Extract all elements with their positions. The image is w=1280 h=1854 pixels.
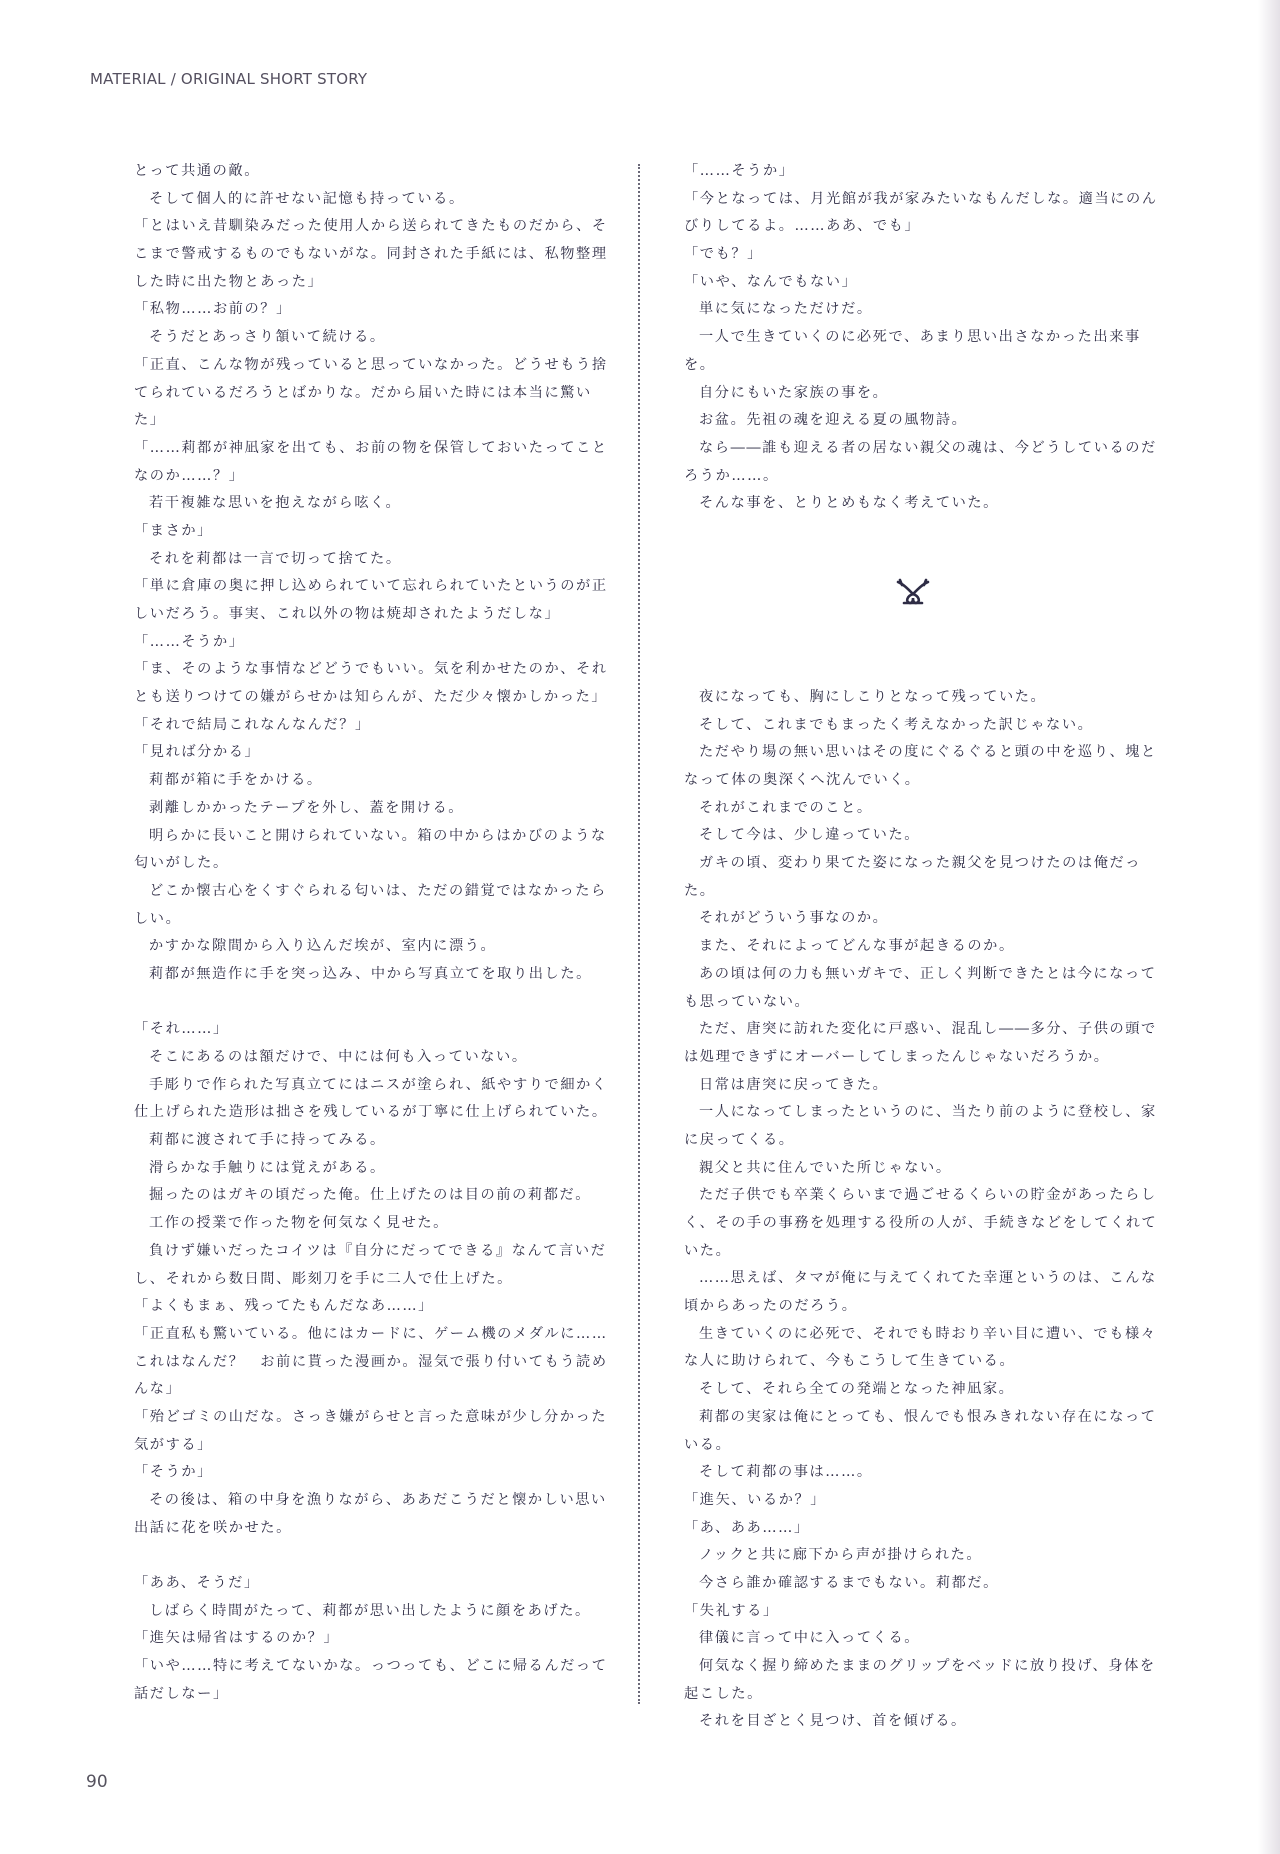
dialogue-line: 「失礼する」 xyxy=(684,1598,1156,1626)
dialogue-line: 「進矢、いるか？」 xyxy=(684,1487,1156,1515)
text-line: ……思えば、タマが俺に与えてくれてた幸運というのは、こんな xyxy=(684,1265,1156,1293)
text-line: し、それから数日間、彫刻刀を手に二人で仕上げた。 xyxy=(134,1266,606,1294)
text-line: も思っていない。 xyxy=(684,989,1156,1017)
dialogue-line: 「単に倉庫の奥に押し込められていて忘れられていたというのが正 xyxy=(134,573,606,601)
text-line: そして、これまでもまったく考えなかった訳じゃない。 xyxy=(684,712,1156,740)
dialogue-line: 「とはいえ昔馴染みだった使用人から送られてきたものだから、そ xyxy=(134,213,606,241)
dialogue-line: 「でも？」 xyxy=(684,241,1156,269)
running-header: MATERIAL / ORIGINAL SHORT STORY xyxy=(90,70,367,88)
text-line: あの頃は何の力も無いガキで、正しく判断できたとは今になって xyxy=(684,961,1156,989)
text-line: 日常は唐突に戻ってきた。 xyxy=(684,1072,1156,1100)
blank-line xyxy=(134,1542,606,1570)
text-line: 莉都が無造作に手を突っ込み、中から写真立てを取り出した。 xyxy=(134,961,606,989)
dialogue-line: 「それ……」 xyxy=(134,1016,606,1044)
text-line: そして個人的に許せない記憶も持っている。 xyxy=(134,186,606,214)
text-line: ただやり場の無い思いはその度にぐるぐると頭の中を巡り、塊と xyxy=(684,739,1156,767)
text-line: 何気なく握り締めたままのグリップをベッドに放り投げ、身体を xyxy=(684,1653,1156,1681)
text-line: 若干複雑な思いを抱えながら呟く。 xyxy=(134,490,606,518)
text-line: く、その手の事務を処理する役所の人が、手続きなどをしてくれて xyxy=(684,1210,1156,1238)
text-line: ただ、唐突に訪れた変化に戸惑い、混乱し――多分、子供の頭で xyxy=(684,1016,1156,1044)
dialogue-line: 「……そうか」 xyxy=(684,158,1156,186)
dialogue-line: 「正直、こんな物が残っていると思っていなかった。どうせもう捨 xyxy=(134,352,606,380)
right-text-column: 「……そうか」「今となっては、月光館が我が家みたいなもんだしな。適当にのんびりし… xyxy=(684,158,1156,1736)
text-line: 単に気になっただけだ。 xyxy=(684,296,1156,324)
text-line: ただ子供でも卒業くらいまで過ごせるくらいの貯金があったらし xyxy=(684,1182,1156,1210)
text-line: 莉都に渡されて手に持ってみる。 xyxy=(134,1127,606,1155)
dialogue-line: 「進矢は帰省はするのか？」 xyxy=(134,1625,606,1653)
dialogue-line: 「……莉都が神凪家を出ても、お前の物を保管しておいたってこと xyxy=(134,435,606,463)
right-column-section-1: 「……そうか」「今となっては、月光館が我が家みたいなもんだしな。適当にのんびりし… xyxy=(684,158,1156,518)
text-line: そして莉都の事は……。 xyxy=(684,1459,1156,1487)
text-line: 今さら誰か確認するまでもない。莉都だ。 xyxy=(684,1570,1156,1598)
text-line: お盆。先祖の魂を迎える夏の風物詩。 xyxy=(684,407,1156,435)
text-line: こまで警戒するものでもないがな。同封された手紙には、私物整理 xyxy=(134,241,606,269)
text-line: を。 xyxy=(684,352,1156,380)
dialogue-line: 「ああ、そうだ」 xyxy=(134,1570,606,1598)
text-line: なのか……？」 xyxy=(134,463,606,491)
left-text-column: とって共通の敵。そして個人的に許せない記憶も持っている。「とはいえ昔馴染みだった… xyxy=(134,158,606,1709)
text-line: なら――誰も迎える者の居ない親父の魂は、今どうしているのだ xyxy=(684,435,1156,463)
text-line: それがどういう事なのか。 xyxy=(684,905,1156,933)
text-line: どこか懐古心をくすぐられる匂いは、ただの錯覚ではなかったら xyxy=(134,878,606,906)
text-line: 一人になってしまったというのに、当たり前のように登校し、家 xyxy=(684,1099,1156,1127)
text-line: 匂いがした。 xyxy=(134,850,606,878)
text-line: とって共通の敵。 xyxy=(134,158,606,186)
text-line: いる。 xyxy=(684,1432,1156,1460)
text-line: そこにあるのは額だけで、中には何も入っていない。 xyxy=(134,1044,606,1072)
text-line: ノックと共に廊下から声が掛けられた。 xyxy=(684,1542,1156,1570)
text-line: 手彫りで作られた写真立てにはニスが塗られ、紙やすりで細かく xyxy=(134,1072,606,1100)
text-line: 親父と共に住んでいた所じゃない。 xyxy=(684,1155,1156,1183)
text-line: それを莉都は一言で切って捨てた。 xyxy=(134,546,606,574)
text-line: 工作の授業で作った物を何気なく見せた。 xyxy=(134,1210,606,1238)
text-line: しいだろう。事実、これ以外の物は焼却されたようだしな」 xyxy=(134,601,606,629)
text-line: そんな事を、とりとめもなく考えていた。 xyxy=(684,490,1156,518)
dialogue-line: 「そうか」 xyxy=(134,1459,606,1487)
scene-break-ornament-icon xyxy=(895,578,931,608)
text-line: た」 xyxy=(134,407,606,435)
dialogue-line: 「殆どゴミの山だな。さっき嫌がらせと言った意味が少し分かった xyxy=(134,1404,606,1432)
dialogue-line: 「いや……特に考えてないかな。っつっても、どこに帰るんだって xyxy=(134,1653,606,1681)
text-line: なって体の奥深くへ沈んでいく。 xyxy=(684,767,1156,795)
dialogue-line: 「見れば分かる」 xyxy=(134,739,606,767)
text-line: また、それによってどんな事が起きるのか。 xyxy=(684,933,1156,961)
page-edge-shadow xyxy=(1258,0,1280,1854)
text-line: な人に助けられて、今もこうして生きている。 xyxy=(684,1348,1156,1376)
text-line: 一人で生きていくのに必死で、あまり思い出さなかった出来事 xyxy=(684,324,1156,352)
text-line: そして、それら全ての発端となった神凪家。 xyxy=(684,1376,1156,1404)
text-line: これはなんだ？ お前に貰った漫画か。湿気で張り付いてもう読め xyxy=(134,1349,606,1377)
text-line: 気がする」 xyxy=(134,1432,606,1460)
text-line: 自分にもいた家族の事を。 xyxy=(684,380,1156,408)
text-line: ろうか……。 xyxy=(684,463,1156,491)
dialogue-line: 「……そうか」 xyxy=(134,629,606,657)
dialogue-line: 「ま、そのような事情などどうでもいい。気を利かせたのか、それ xyxy=(134,656,606,684)
text-line: 出話に花を咲かせた。 xyxy=(134,1515,606,1543)
text-line: とも送りつけての嫌がらせかは知らんが、ただ少々懐かしかった」 xyxy=(134,684,606,712)
text-line: んな」 xyxy=(134,1376,606,1404)
text-line: かすかな隙間から入り込んだ埃が、室内に漂う。 xyxy=(134,933,606,961)
text-line: は処理できずにオーバーしてしまったんじゃないだろうか。 xyxy=(684,1044,1156,1072)
text-line: 莉都が箱に手をかける。 xyxy=(134,767,606,795)
dialogue-line: 「あ、ああ……」 xyxy=(684,1515,1156,1543)
column-divider xyxy=(638,164,640,1704)
text-line: ガキの頃、変わり果てた姿になった親父を見つけたのは俺だっ xyxy=(684,850,1156,878)
dialogue-line: 「よくもまぁ、残ってたもんだなあ……」 xyxy=(134,1293,606,1321)
text-line: に戻ってくる。 xyxy=(684,1127,1156,1155)
text-line: 起こした。 xyxy=(684,1681,1156,1709)
text-line: その後は、箱の中身を漁りながら、ああだこうだと懐かしい思い xyxy=(134,1487,606,1515)
dialogue-line: 「今となっては、月光館が我が家みたいなもんだしな。適当にのん xyxy=(684,186,1156,214)
dialogue-line: 「正直私も驚いている。他にはカードに、ゲーム機のメダルに…… xyxy=(134,1321,606,1349)
text-line: しい。 xyxy=(134,906,606,934)
text-line: した時に出た物とあった」 xyxy=(134,269,606,297)
text-line: それを目ざとく見つけ、首を傾げる。 xyxy=(684,1708,1156,1736)
text-line: 莉都の実家は俺にとっても、恨んでも恨みきれない存在になって xyxy=(684,1404,1156,1432)
text-line: た。 xyxy=(684,878,1156,906)
text-line: びりしてるよ。……ああ、でも」 xyxy=(684,213,1156,241)
right-column-section-2: 夜になっても、胸にしこりとなって残っていた。そして、これまでもまったく考えなかっ… xyxy=(684,684,1156,1736)
text-line: そして今は、少し違っていた。 xyxy=(684,822,1156,850)
text-line: 夜になっても、胸にしこりとなって残っていた。 xyxy=(684,684,1156,712)
text-line: いた。 xyxy=(684,1238,1156,1266)
dialogue-line: 「私物……お前の？」 xyxy=(134,296,606,324)
text-line: てられているだろうとばかりな。だから届いた時には本当に驚い xyxy=(134,380,606,408)
text-line: 頃からあったのだろう。 xyxy=(684,1293,1156,1321)
text-line: 負けず嫌いだったコイツは『自分にだってできる』なんて言いだ xyxy=(134,1238,606,1266)
blank-line xyxy=(134,989,606,1017)
text-line: 律儀に言って中に入ってくる。 xyxy=(684,1625,1156,1653)
text-line: 掘ったのはガキの頃だった俺。仕上げたのは目の前の莉都だ。 xyxy=(134,1182,606,1210)
text-line: そうだとあっさり頷いて続ける。 xyxy=(134,324,606,352)
text-line: 明らかに長いこと開けられていない。箱の中からはかびのような xyxy=(134,823,606,851)
page-number: 90 xyxy=(86,1772,108,1792)
text-line: 剥離しかかったテープを外し、蓋を開ける。 xyxy=(134,795,606,823)
dialogue-line: 「まさか」 xyxy=(134,518,606,546)
text-line: しばらく時間がたって、莉都が思い出したように顔をあげた。 xyxy=(134,1598,606,1626)
text-line: 滑らかな手触りには覚えがある。 xyxy=(134,1155,606,1183)
dialogue-line: 「それで結局これなんなんだ？」 xyxy=(134,712,606,740)
text-line: 話だしなー」 xyxy=(134,1681,606,1709)
text-line: 生きていくのに必死で、それでも時おり辛い目に遭い、でも様々 xyxy=(684,1321,1156,1349)
text-line: それがこれまでのこと。 xyxy=(684,795,1156,823)
dialogue-line: 「いや、なんでもない」 xyxy=(684,269,1156,297)
text-line: 仕上げられた造形は拙さを残しているが丁寧に仕上げられていた。 xyxy=(134,1099,606,1127)
